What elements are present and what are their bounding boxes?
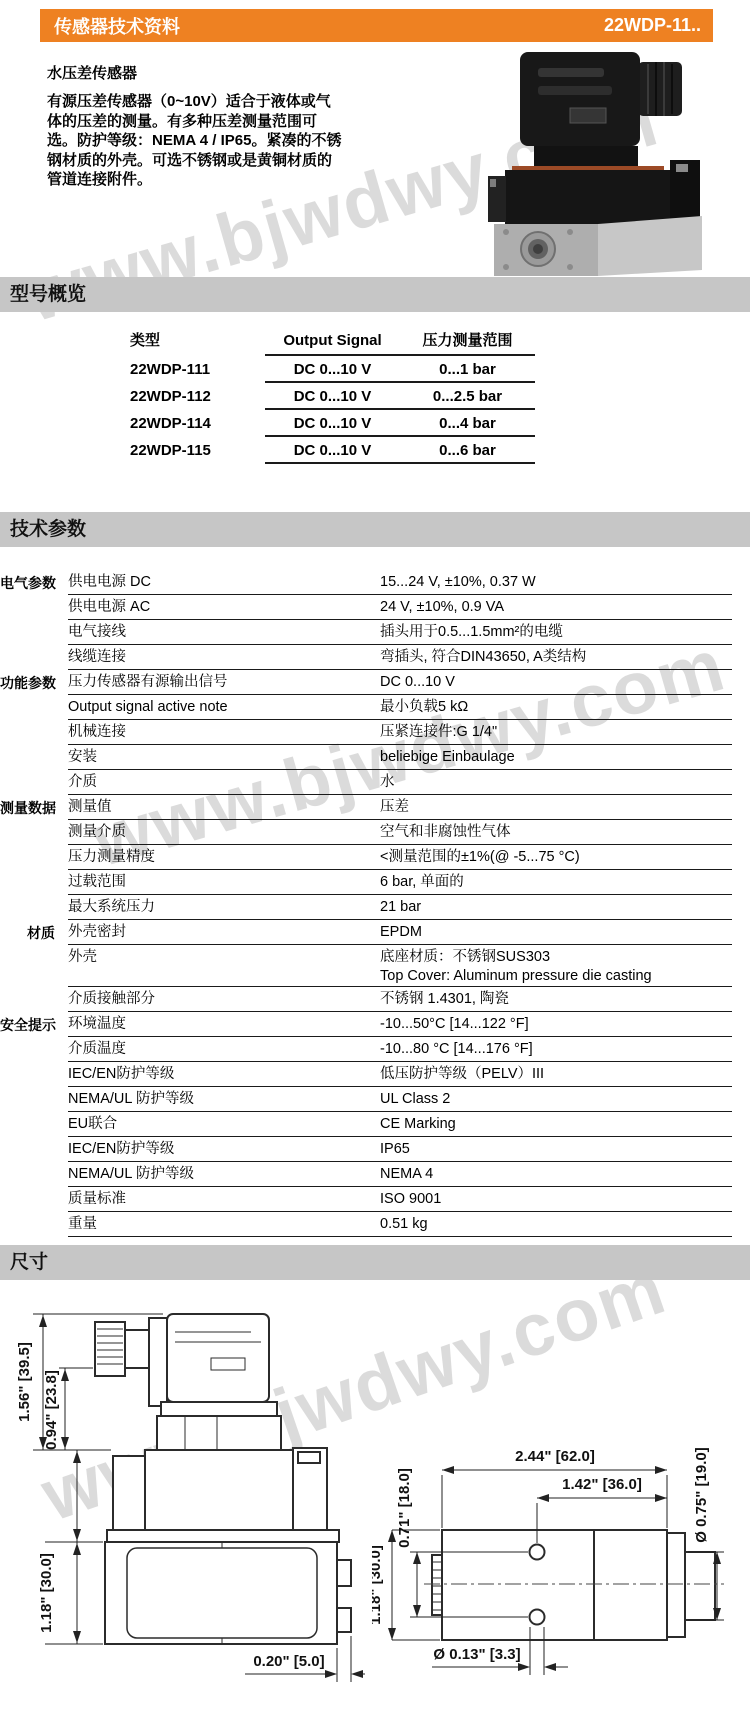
spec-name: 重量 [68,1215,380,1234]
spec-category [0,1137,55,1162]
spec-value: UL Class 2 [380,1090,732,1109]
spec-category [0,695,55,720]
spec-category [0,870,55,895]
spec-value: 底座材质：不锈钢SUS303 Top Cover: Aluminum press… [380,948,732,986]
spec-name: NEMA/UL 防护等级 [68,1165,380,1184]
section-header-specs: 技术参数 [0,512,750,547]
spec-name: 线缆连接 [68,648,380,667]
spec-row: NEMA/UL 防护等级UL Class 2 [0,1087,750,1112]
spec-category: 电气参数 [0,570,55,595]
spec-row: 重量0.51 kg [0,1212,750,1237]
spec-category [0,1062,55,1087]
spec-row: 电气参数 供电电源 DC15...24 V, ±10%, 0.37 W [0,570,750,595]
spec-row: 介质水 [0,770,750,795]
spec-row: 功能参数 压力传感器有源输出信号DC 0...10 V [0,670,750,695]
spec-row: 介质温度-10...80 °C [14...176 °F] [0,1037,750,1062]
spec-name: 测量值 [68,798,380,817]
model-col-header: 类型 [130,326,265,356]
spec-row: 介质接触部分不锈钢 1.4301, 陶瓷 [0,987,750,1012]
spec-row: 材质 外壳密封EPDM [0,920,750,945]
spec-value: 21 bar [380,898,732,917]
datasheet-page: www.bjwdwy.com www.bjwdwy.com www.bjwdwy… [0,0,750,1714]
spec-name: EU联合 [68,1115,380,1134]
spec-value: DC 0...10 V [380,673,732,692]
model-type: 22WDP-112 [130,383,265,410]
spec-category: 测量数据 [0,795,55,820]
model-pressure-range: 0...2.5 bar [400,383,535,410]
spec-value: 6 bar, 单面的 [380,873,732,892]
spec-name: 外壳 [68,948,380,967]
spec-category [0,720,55,745]
spec-value: 不锈钢 1.4301, 陶瓷 [380,990,732,1009]
spec-name: 质量标准 [68,1190,380,1209]
spec-name: 外壳密封 [68,923,380,942]
spec-category [0,1162,55,1187]
product-description: 有源压差传感器（0~10V）适合于液体或气 体的压差的测量。有多种压差测量范围可… [47,92,432,190]
spec-value: 压紧连接件:G 1/4" [380,723,732,742]
spec-value: 0.51 kg [380,1215,732,1234]
spec-value: 插头用于0.5...1.5mm²的电缆 [380,623,732,642]
spec-row: EU联合CE Marking [0,1112,750,1137]
product-photo [450,46,750,278]
dim-bottom-hole-diameter: Ø 0.13" [3.3] [433,1646,520,1663]
spec-category [0,595,55,620]
spec-category [0,620,55,645]
dim-side-connector-height: 0.94" [23.8] [43,1370,60,1450]
spec-row: 最大系统压力21 bar [0,895,750,920]
spec-name: 最大系统压力 [68,898,380,917]
spec-name: 环境温度 [68,1015,380,1034]
spec-row: Output signal active note最小负载5 kΩ [0,695,750,720]
spec-row: 电气接线插头用于0.5...1.5mm²的电缆 [0,620,750,645]
model-overview-table: 类型 Output Signal 压力测量范围 22WDP-111 DC 0..… [130,326,535,464]
dim-side-port-offset: 0.20" [5.0] [253,1653,324,1670]
spec-row: NEMA/UL 防护等级NEMA 4 [0,1162,750,1187]
dim-bottom-hole-to-edge: 1.42" [36.0] [562,1476,642,1493]
product-title: 水压差传感器 [47,62,137,83]
spec-name: 电气接线 [68,623,380,642]
spec-row: 安装beliebige Einbaulage [0,745,750,770]
spec-value: 低压防护等级（PELV）III [380,1065,732,1084]
model-pressure-range: 0...6 bar [400,437,535,464]
spec-row: 外壳底座材质：不锈钢SUS303 Top Cover: Aluminum pre… [0,945,750,987]
spec-value: 弯插头, 符合DIN43650, A类结构 [380,648,732,667]
spec-value: -10...80 °C [14...176 °F] [380,1040,732,1059]
spec-value: 24 V, ±10%, 0.9 VA [380,598,732,617]
spec-category [0,820,55,845]
spec-category: 功能参数 [0,670,55,695]
spec-row: 质量标准ISO 9001 [0,1187,750,1212]
spec-value: -10...50°C [14...122 °F] [380,1015,732,1034]
spec-name: 介质 [68,773,380,792]
spec-name: Output signal active note [68,698,380,717]
spec-value: ISO 9001 [380,1190,732,1209]
dim-bottom-total-width: 2.44" [62.0] [515,1448,595,1465]
spec-value: IP65 [380,1140,732,1159]
section-header-dimensions: 尺寸 [0,1245,750,1280]
spec-value: 最小负载5 kΩ [380,698,732,717]
model-output-signal: DC 0...10 V [265,410,400,437]
spec-row: 压力测量精度<测量范围的±1%(@ -5...75 °C) [0,845,750,870]
model-col-header: 压力测量范围 [400,326,535,356]
model-type: 22WDP-111 [130,356,265,383]
spec-category [0,1212,55,1237]
model-col-header: Output Signal [265,326,400,356]
spec-value: beliebige Einbaulage [380,748,732,767]
spec-name: 过载范围 [68,873,380,892]
model-output-signal: DC 0...10 V [265,383,400,410]
spec-category [0,1187,55,1212]
spec-value: EPDM [380,923,732,942]
spec-category [0,1112,55,1137]
dimension-drawing-bottom-view: 2.44" [62.0] 1.42" [36.0] 0.71" [18.0] 1… [372,1295,750,1695]
model-output-signal: DC 0...10 V [265,437,400,464]
spec-category: 材质 [0,920,55,945]
spec-category [0,945,55,987]
spec-value: 15...24 V, ±10%, 0.37 W [380,573,732,592]
spec-row: 线缆连接弯插头, 符合DIN43650, A类结构 [0,645,750,670]
model-type: 22WDP-115 [130,437,265,464]
spec-row: 测量数据 测量值压差 [0,795,750,820]
dim-bottom-height: 1.18" [30.0] [372,1545,384,1625]
spec-value: 水 [380,773,732,792]
spec-value: 压差 [380,798,732,817]
header-title: 传感器技术资料 [54,13,180,39]
spec-row: 供电电源 AC24 V, ±10%, 0.9 VA [0,595,750,620]
spec-name: IEC/EN防护等级 [68,1065,380,1084]
model-pressure-range: 0...4 bar [400,410,535,437]
model-pressure-range: 0...1 bar [400,356,535,383]
spec-value: CE Marking [380,1115,732,1134]
spec-name: 介质接触部分 [68,990,380,1009]
spec-name: 机械连接 [68,723,380,742]
dim-side-body-height: 1.18" [30.0] [38,1553,55,1633]
spec-category [0,895,55,920]
spec-name: 介质温度 [68,1040,380,1059]
model-type: 22WDP-114 [130,410,265,437]
dimension-drawing-side-view: 1.56" [39.5] 0.94" [23.8] 1.18" [30.0] 0… [15,1298,365,1698]
spec-name: IEC/EN防护等级 [68,1140,380,1159]
spec-category: 安全提示 [0,1012,55,1037]
spec-name: 压力测量精度 [68,848,380,867]
header-bar: 传感器技术资料 22WDP-11.. [40,9,713,42]
spec-category [0,1087,55,1112]
spec-name: NEMA/UL 防护等级 [68,1090,380,1109]
spec-name: 压力传感器有源输出信号 [68,673,380,692]
section-header-models: 型号概览 [0,277,750,312]
spec-category [0,645,55,670]
spec-category [0,770,55,795]
spec-row: 测量介质空气和非腐蚀性气体 [0,820,750,845]
spec-value: <测量范围的±1%(@ -5...75 °C) [380,848,732,867]
spec-name: 供电电源 AC [68,598,380,617]
spec-name: 测量介质 [68,823,380,842]
spec-row: IEC/EN防护等级IP65 [0,1137,750,1162]
spec-row: 安全提示 环境温度-10...50°C [14...122 °F] [0,1012,750,1037]
spec-category [0,845,55,870]
dim-side-total-height: 1.56" [39.5] [16,1342,33,1422]
spec-row: 机械连接压紧连接件:G 1/4" [0,720,750,745]
dim-bottom-port-diameter: Ø 0.75" [19.0] [693,1447,710,1543]
spec-value: NEMA 4 [380,1165,732,1184]
spec-category [0,1037,55,1062]
spec-category [0,745,55,770]
spec-name: 供电电源 DC [68,573,380,592]
model-output-signal: DC 0...10 V [265,356,400,383]
dim-bottom-hole-spacing: 0.71" [18.0] [396,1468,413,1548]
spec-row: IEC/EN防护等级低压防护等级（PELV）III [0,1062,750,1087]
spec-value: 空气和非腐蚀性气体 [380,823,732,842]
spec-row: 过载范围6 bar, 单面的 [0,870,750,895]
header-model-number: 22WDP-11.. [604,15,701,36]
spec-name: 安装 [68,748,380,767]
spec-category [0,987,55,1012]
spec-table: 电气参数 供电电源 DC15...24 V, ±10%, 0.37 W 供电电源… [0,570,750,1237]
